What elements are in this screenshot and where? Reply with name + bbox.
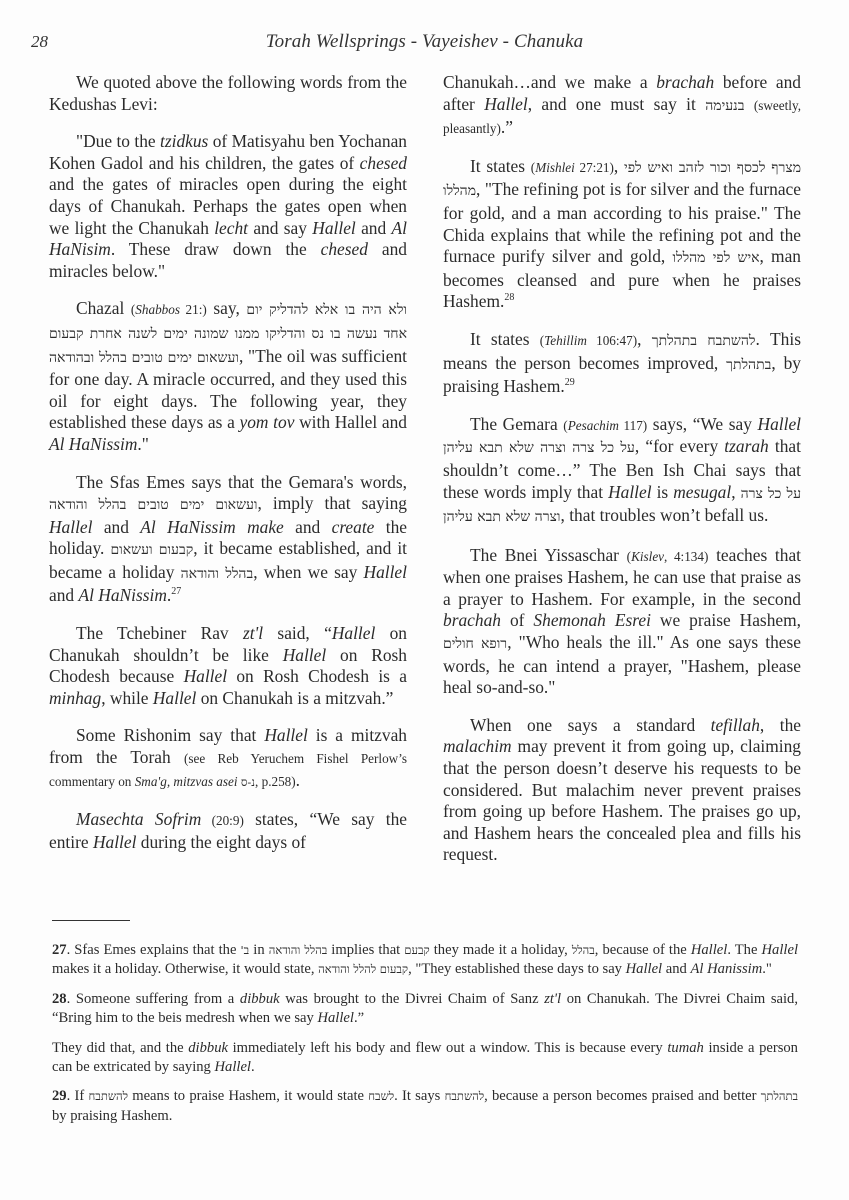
footnote-ref-27[interactable]: 27 (171, 587, 181, 598)
text-run: . If (67, 1088, 89, 1104)
paragraph-tefillah-malachim: When one says a standard tefillah, the m… (443, 715, 801, 866)
text-run: says, “We say (647, 414, 757, 434)
text-run: קבעום להלל והודאה (318, 962, 408, 976)
text-run: brachah (656, 72, 714, 92)
text-run: They did that, and the (52, 1040, 188, 1056)
text-run: We quoted above the following words from… (49, 72, 407, 114)
text-run: yom tov (240, 412, 295, 432)
running-title: Torah Wellsprings - Vayeishev - Chanuka (0, 31, 849, 53)
text-run: "Due to the (76, 131, 160, 151)
text-run: and say (248, 218, 312, 238)
text-run: implies that (327, 942, 404, 958)
text-run: 28 (52, 991, 67, 1007)
text-run: said, “ (263, 623, 332, 643)
text-run: Hallel (93, 832, 136, 852)
running-header: 28 Torah Wellsprings - Vayeishev - Chanu… (0, 32, 849, 56)
text-run: , and one must say it (528, 94, 706, 114)
text-run: The Tchebiner Rav (76, 623, 243, 643)
text-run: of (501, 610, 533, 630)
text-run: brachah (443, 610, 501, 630)
text-run: Chanukah…and we make a (443, 72, 656, 92)
text-run: קבעם (404, 943, 429, 957)
text-run: dibbuk (240, 991, 280, 1007)
text-run: Al Hanissim (690, 961, 762, 977)
text-run: Hallel (484, 94, 527, 114)
text-run: Chazal (76, 298, 131, 318)
text-run: , p.258) (255, 774, 296, 789)
text-run: Hallel (691, 942, 727, 958)
text-run: Hallel (264, 725, 307, 745)
text-run: Hallel (608, 482, 651, 502)
text-run: and (356, 218, 392, 238)
text-run: Hallel (758, 414, 801, 434)
text-run: and (284, 517, 332, 537)
text-run: בהלל והודאה (269, 943, 328, 957)
text-run: . These draw down the (111, 239, 321, 259)
footnote-separator (52, 920, 130, 921)
text-run: It states (470, 329, 540, 349)
text-run: Pesachim (568, 418, 619, 433)
text-run: 29 (52, 1088, 67, 1104)
text-run: Hallel (332, 623, 375, 643)
text-run: . (296, 770, 300, 790)
text-run: ." (762, 961, 772, 977)
text-run: , imply that saying (258, 493, 407, 513)
text-run: , when we say (253, 562, 363, 582)
text-run: The Gemara (470, 414, 563, 434)
text-run: בהלל (572, 943, 595, 957)
text-run: ." (137, 434, 148, 454)
text-run: . Someone suffering from a (67, 991, 240, 1007)
text-run: on Chanukah is a mitzvah.” (196, 688, 393, 708)
text-run: and (49, 585, 78, 605)
text-run: , while (101, 688, 153, 708)
text-run: , "They established these days to say (408, 961, 626, 977)
text-run: . It says (394, 1088, 444, 1104)
text-run: להשתבח (445, 1089, 485, 1103)
text-run: Masechta Sofrim (76, 809, 201, 829)
text-run: , (614, 156, 624, 176)
text-run: 27 (52, 942, 67, 958)
text-run: 117) (619, 418, 647, 433)
text-run: create (332, 517, 375, 537)
text-run: say, (207, 298, 247, 318)
text-run: in (249, 942, 268, 958)
left-column: We quoted above the following words from… (49, 72, 407, 869)
text-run: Hallel (184, 666, 227, 686)
text-run: Hallel (49, 517, 92, 537)
text-run: by praising Hashem. (52, 1108, 172, 1124)
text-run: Hallel (762, 942, 798, 958)
text-run: The Sfas Emes says that the Gemara's wor… (76, 472, 407, 492)
text-run: Mishlei (535, 160, 575, 175)
paragraph-mishlei: It states (Mishlei 27:21), מצרף לכסף וכו… (443, 156, 801, 313)
text-run: chesed (321, 239, 368, 259)
footnote-28-continued: They did that, and the dibbuk immediatel… (52, 1039, 798, 1078)
text-run: The Bnei Yissaschar (470, 545, 627, 565)
text-run: minhag (49, 688, 101, 708)
text-run: להשתבח (88, 1089, 128, 1103)
text-run: Hallel (317, 1010, 353, 1026)
hebrew-text: בנעימה (705, 98, 744, 114)
text-run: Hallel (364, 562, 407, 582)
text-run: Shabbos (135, 302, 180, 317)
text-run: we praise Hashem, (651, 610, 801, 630)
text-run: makes it a holiday. Otherwise, it would … (52, 961, 318, 977)
text-run: Hallel (215, 1059, 251, 1075)
hebrew-text: להשתבח בתהלתך (652, 333, 756, 349)
paragraph-sfas-emes: The Sfas Emes says that the Gemara's wor… (49, 472, 407, 608)
text-run: tzidkus (160, 131, 208, 151)
text-run: Kislev (631, 549, 664, 564)
text-run: on Rosh Chodesh is a (227, 666, 407, 686)
text-run: zt'l (243, 623, 263, 643)
text-run: . Sfas Emes explains that the (67, 942, 241, 958)
text-run: Al HaNissim (78, 585, 166, 605)
text-run: immediately left his body and flew out a… (228, 1040, 667, 1056)
paragraph-tehillim: It states (Tehillim 106:47), להשתבח בתהל… (443, 329, 801, 398)
text-run: lecht (214, 218, 248, 238)
text-run: .” (501, 117, 513, 137)
hebrew-text: איש לפי מהללו (672, 250, 759, 266)
text-run: Al HaNissim (49, 434, 137, 454)
text-run: , (637, 329, 652, 349)
text-run: dibbuk (188, 1040, 228, 1056)
text-run: Hallel (626, 961, 662, 977)
text-run: Some Rishonim say that (76, 725, 264, 745)
text-run: בתהלתך (761, 1089, 798, 1103)
text-run: tzarah (724, 436, 768, 456)
text-run: Hallel (283, 645, 326, 665)
text-run: malachim (443, 736, 512, 756)
text-run: , 4:134) (664, 549, 708, 564)
text-run: Sma'g, mitzvas asei (135, 774, 238, 789)
book-page: 28 Torah Wellsprings - Vayeishev - Chanu… (0, 0, 849, 1200)
footnote-27: 27. Sfas Emes explains that the ב' in בה… (52, 941, 798, 980)
paragraph-chazal: Chazal (Shabbos 21:) say, ולא היה בו אלא… (49, 298, 407, 455)
text-run: (20:9) (201, 813, 244, 828)
text-run: and (92, 517, 140, 537)
text-run: tumah (667, 1040, 703, 1056)
text-run: , “for every (635, 436, 724, 456)
text-run: , that troubles won’t befall us. (561, 505, 769, 525)
text-run: ב' (241, 943, 250, 957)
text-run: Tehillim (544, 333, 587, 348)
text-run: and (662, 961, 690, 977)
text-run: Al HaNissim make (140, 517, 283, 537)
paragraph-rishonim: Some Rishonim say that Hallel is a mitzv… (49, 725, 407, 793)
text-run: mesugal (673, 482, 731, 502)
hebrew-text: נ-ס (241, 775, 255, 789)
text-run: , because a person becomes praised and b… (484, 1088, 761, 1104)
text-run: . The (727, 942, 761, 958)
text-run: Shemonah Esrei (533, 610, 651, 630)
right-column: Chanukah…and we make a brachah before an… (443, 72, 801, 882)
text-run: , (731, 482, 740, 502)
paragraph-kedushas-levi-intro: We quoted above the following words from… (49, 72, 407, 115)
text-run: tefillah (711, 715, 760, 735)
text-run: zt'l (544, 991, 561, 1007)
text-run: , because of the (595, 942, 691, 958)
footnote-29: 29. If להשתבח means to praise Hashem, it… (52, 1087, 798, 1126)
text-run: Hallel (153, 688, 196, 708)
paragraph-sofrim-continued: Chanukah…and we make a brachah before an… (443, 72, 801, 140)
hebrew-text: בתהלתך (726, 357, 771, 373)
hebrew-text: בהלל והודאה (181, 566, 254, 582)
hebrew-text: על כל צרה וצרה שלא תבא עליהן (443, 440, 635, 456)
hebrew-text: קבעום ועשאום (110, 542, 193, 558)
paragraph-masechta-sofrim: Masechta Sofrim (20:9) states, “We say t… (49, 809, 407, 853)
footnotes: 27. Sfas Emes explains that the ב' in בה… (52, 941, 798, 1136)
hebrew-text: רופא חולים (443, 636, 507, 652)
text-run: 27:21) (575, 160, 614, 175)
footnote-ref-29[interactable]: 29 (565, 377, 575, 388)
text-run: When one says a standard (470, 715, 711, 735)
paragraph-gemara-pesachim: The Gemara (Pesachim 117) says, “We say … (443, 414, 801, 529)
text-run: .” (354, 1010, 364, 1026)
text-run: . (251, 1059, 255, 1075)
footnote-28: 28. Someone suffering from a dibbuk was … (52, 990, 798, 1029)
paragraph-tchebiner-rav: The Tchebiner Rav zt'l said, “Hallel on … (49, 623, 407, 709)
text-run: , the (760, 715, 801, 735)
text-run: means to praise Hashem, it would state (128, 1088, 368, 1104)
text-run: 106:47) (587, 333, 637, 348)
paragraph-bnei-yissaschar: The Bnei Yissaschar (Kislev, 4:134) teac… (443, 545, 801, 699)
text-run: with Hallel and (294, 412, 407, 432)
text-run: chesed (360, 153, 407, 173)
text-run: 21:) (180, 302, 207, 317)
text-run: is (652, 482, 674, 502)
text-run: was brought to the Divrei Chaim of Sanz (280, 991, 545, 1007)
hebrew-text: ועשאום ימים טובים בהלל והודאה (49, 497, 258, 513)
text-run: לשבח (368, 1089, 394, 1103)
text-run: Hallel (312, 218, 355, 238)
footnote-ref-28[interactable]: 28 (504, 293, 514, 304)
text-run: they made it a holiday, (430, 942, 572, 958)
text-run: during the eight days of (136, 832, 306, 852)
paragraph-kedushas-levi-quote: "Due to the tzidkus of Matisyahu ben Yoc… (49, 131, 407, 282)
text-run: It states (470, 156, 531, 176)
